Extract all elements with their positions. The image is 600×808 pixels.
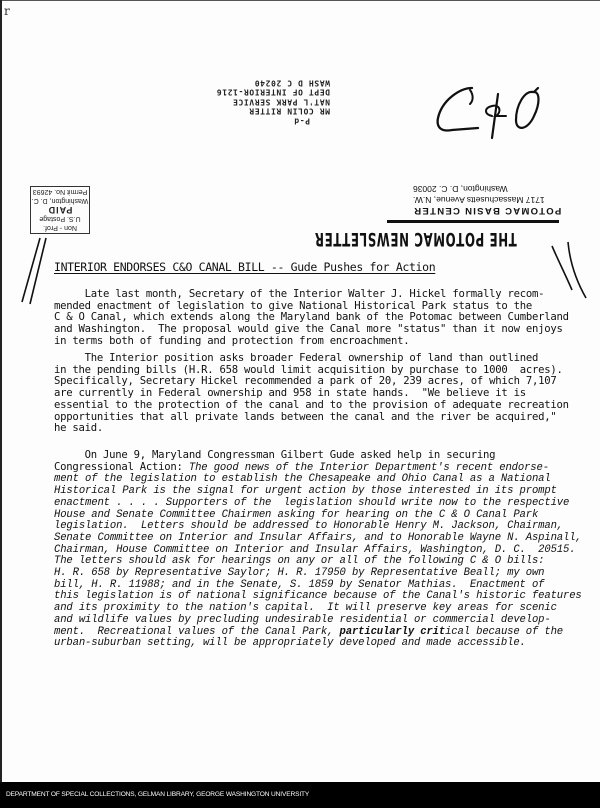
article-headline: INTERIOR ENDORSES C&O CANAL BILL -- Gude… [54, 260, 435, 274]
quote-line: urban-suburban setting, will be appropri… [54, 638, 574, 650]
newsletter-page: r P-d MR COLIN RITTER NAT'L PARK SERVICE… [0, 0, 600, 782]
address-line-1: 1717 Massachusetts Avenue, N.W. [385, 195, 595, 206]
bold-emphasis: particularly crit [340, 626, 446, 638]
mailing-label-code: P-d [170, 116, 330, 126]
intro-text: Congressional Action: [54, 461, 183, 473]
mailing-label-line: WASH D C 20240 [170, 78, 330, 88]
handwritten-cando-icon [420, 80, 550, 150]
permit-line: Washington, D. C. [31, 196, 89, 205]
quote-line: H. R. 658 by Representative Saylor; H. R… [54, 568, 574, 580]
newsletter-title: THE POTOMAC NEWSLETTER [389, 228, 517, 250]
left-slash-marks-icon [0, 230, 60, 310]
text-line: he said. [54, 423, 574, 435]
permit-line: Permit No. 42693 [31, 187, 89, 196]
quote-text: ical because of the [445, 626, 563, 638]
archive-footer: DEPARTMENT OF SPECIAL COLLECTIONS, GELMA… [0, 782, 600, 808]
article-paragraph-2: The Interior position asks broader Feder… [54, 353, 574, 435]
masthead-rule [387, 220, 559, 223]
mailing-label-line: NAT'L PARK SERVICE [170, 97, 330, 107]
text-line: essential to the protection of the canal… [54, 400, 574, 412]
masthead: THE POTOMAC NEWSLETTER POTOMAC BASIN CEN… [385, 150, 595, 250]
mailing-label-line: DEPT OF INTERIOR-1216 [170, 88, 330, 98]
quote-line: enactment . . . . Supporters of the legi… [54, 498, 574, 510]
permit-paid: PAID [31, 205, 89, 214]
address-line-2: Washington, D. C. 20036 [385, 184, 595, 195]
archive-credit: DEPARTMENT OF SPECIAL COLLECTIONS, GELMA… [6, 791, 309, 798]
quote-line: Senate Committee on Interior and Insular… [54, 533, 574, 545]
text-line: in terms both of funding and protection … [54, 336, 574, 348]
handwritten-note [420, 80, 540, 140]
permit-line: U.S. Postage [31, 214, 89, 223]
mailing-label-line: MR COLIN RITTER [170, 107, 330, 117]
mailing-label: P-d MR COLIN RITTER NAT'L PARK SERVICE D… [170, 78, 330, 126]
quote-text: The good news of the Interior Department… [183, 462, 549, 474]
text-line: The Interior position asks broader Feder… [54, 353, 574, 365]
organization-name: POTOMAC BASIN CENTER [385, 205, 595, 216]
postage-permit-box: Non - Prof. U.S. Postage PAID Washington… [30, 186, 90, 234]
article-paragraph-3: On June 9, Maryland Congressman Gilbert … [54, 450, 574, 650]
text-line: Late last month, Secretary of the Interi… [54, 289, 574, 301]
article-paragraph-1: Late last month, Secretary of the Interi… [54, 289, 574, 348]
corner-mark: r [4, 4, 10, 18]
quote-text: ment. Recreational values of the Canal P… [54, 626, 340, 638]
page-top-edge [0, 0, 600, 1]
page-left-edge [0, 0, 2, 782]
text-line: opportunities that all private lands bet… [54, 412, 574, 424]
